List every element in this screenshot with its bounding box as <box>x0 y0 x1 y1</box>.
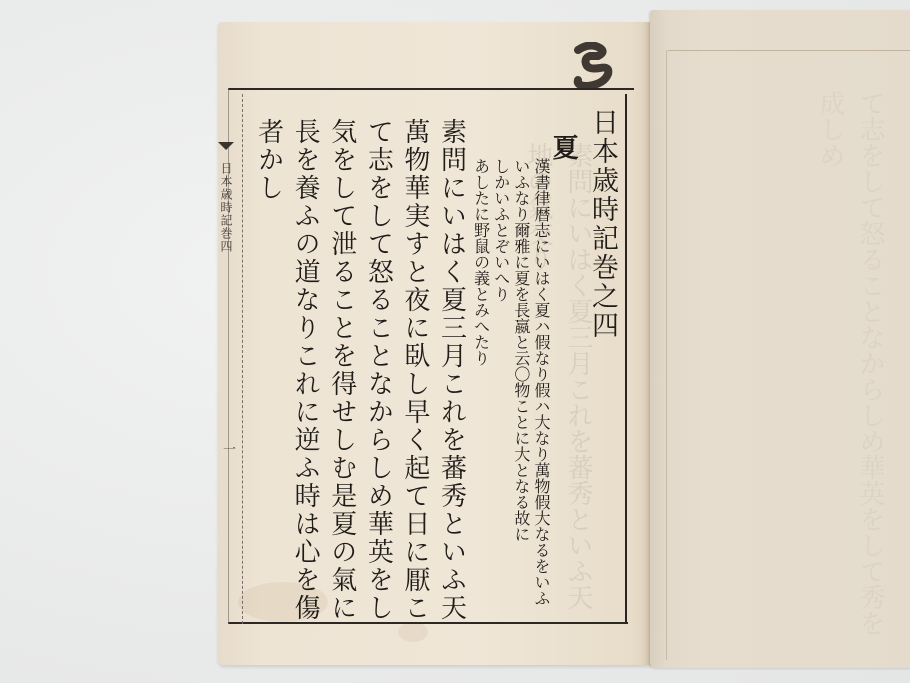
text-column: 気をして泄ることを得せしむ是夏の氣に應じて <box>325 98 362 638</box>
text-column: いふなり爾雅に夏を長嬴と云〇物ことに大となる故に <box>512 98 532 678</box>
fish-tail-mark-icon <box>218 142 234 150</box>
main-text-block: 日本歳時記巻之四 夏 漢書律暦志にいはく夏ハ假なり假ハ大なり萬物假大なるをいふ … <box>252 98 622 618</box>
text-column: て志をして怒ることなからしめ華英をして秀を成しめ <box>362 98 399 638</box>
page-inner-edge <box>666 50 667 660</box>
text-column: 漢書律暦志にいはく夏ハ假なり假ハ大なり萬物假大なるをいふ <box>532 98 552 678</box>
text-column: 萬物華実すと夜に臥し早く起て日に厭ことなく <box>398 98 435 638</box>
right-book-page: て志をして怒ることなからしめ華英をして秀を成しめ <box>650 10 910 668</box>
text-column: 者かし <box>252 98 289 638</box>
section-heading-summer: 夏 <box>552 98 583 654</box>
text-column: 素問にいはく夏三月これを蕃秀といふ天地の氣交り <box>435 98 472 638</box>
left-book-page: 素問にいはく夏三月これを蕃秀といふ天地の氣交り 日本歳時記巻四 一 日本歳時記巻… <box>218 22 652 665</box>
volume-mark-icon <box>570 42 614 92</box>
book-title: 日本歳時記巻之四 <box>589 98 622 628</box>
text-column: しかいふとぞいへり <box>492 98 512 678</box>
page-number: 一 <box>218 442 237 455</box>
text-column: あしたに野鼠の義とみへたり <box>471 98 491 678</box>
running-title: 日本歳時記巻四 <box>218 162 235 253</box>
show-through-text: て志をして怒ることなからしめ華英をして秀を成しめ <box>690 90 890 650</box>
page-fold-line <box>668 50 910 51</box>
page-margin-header: 日本歳時記巻四 一 <box>218 142 234 622</box>
text-column: 長を養ふの道なりこれに逆ふ時は心を傷るとなり <box>289 98 326 638</box>
